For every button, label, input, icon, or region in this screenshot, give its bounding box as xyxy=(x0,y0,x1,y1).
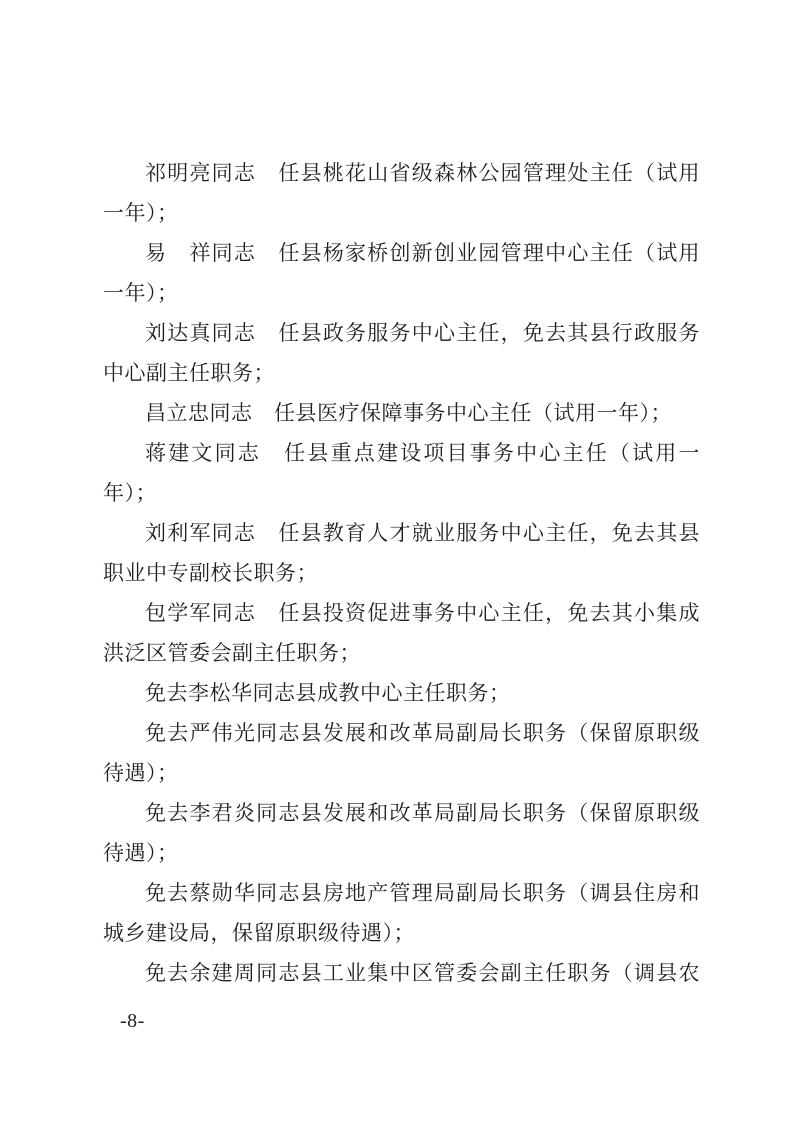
document-line: 免去余建周同志县工业集中区管委会副主任职务（调县农 xyxy=(103,953,700,993)
document-line: 城乡建设局，保留原职级待遇）； xyxy=(103,913,700,953)
document-line: 职业中专副校长职务； xyxy=(103,553,700,593)
document-page: 祁明亮同志 任县桃花山省级森林公园管理处主任（试用 一年）； 易 祥同志 任县杨… xyxy=(0,0,793,1122)
document-line: 一年）； xyxy=(103,273,700,313)
document-line: 待遇）； xyxy=(103,753,700,793)
document-line: 祁明亮同志 任县桃花山省级森林公园管理处主任（试用 xyxy=(103,153,700,193)
document-line: 年）； xyxy=(103,473,700,513)
document-line: 中心副主任职务； xyxy=(103,353,700,393)
document-line: 免去严伟光同志县发展和改革局副局长职务（保留原职级 xyxy=(103,713,700,753)
document-line: 蒋建文同志 任县重点建设项目事务中心主任（试用一 xyxy=(103,433,700,473)
page-number: -8- xyxy=(120,1008,145,1034)
document-line: 刘达真同志 任县政务服务中心主任，免去其县行政服务 xyxy=(103,313,700,353)
document-line: 一年）； xyxy=(103,193,700,233)
document-line: 洪泛区管委会副主任职务； xyxy=(103,633,700,673)
document-body: 祁明亮同志 任县桃花山省级森林公园管理处主任（试用 一年）； 易 祥同志 任县杨… xyxy=(103,153,700,993)
document-line: 免去李松华同志县成教中心主任职务； xyxy=(103,673,700,713)
document-line: 待遇）； xyxy=(103,833,700,873)
document-line: 刘利军同志 任县教育人才就业服务中心主任，免去其县 xyxy=(103,513,700,553)
document-line: 免去蔡勋华同志县房地产管理局副局长职务（调县住房和 xyxy=(103,873,700,913)
document-line: 包学军同志 任县投资促进事务中心主任，免去其小集成 xyxy=(103,593,700,633)
document-line: 易 祥同志 任县杨家桥创新创业园管理中心主任（试用 xyxy=(103,233,700,273)
document-line: 免去李君炎同志县发展和改革局副局长职务（保留原职级 xyxy=(103,793,700,833)
document-line: 昌立忠同志 任县医疗保障事务中心主任（试用一年）； xyxy=(103,393,700,433)
